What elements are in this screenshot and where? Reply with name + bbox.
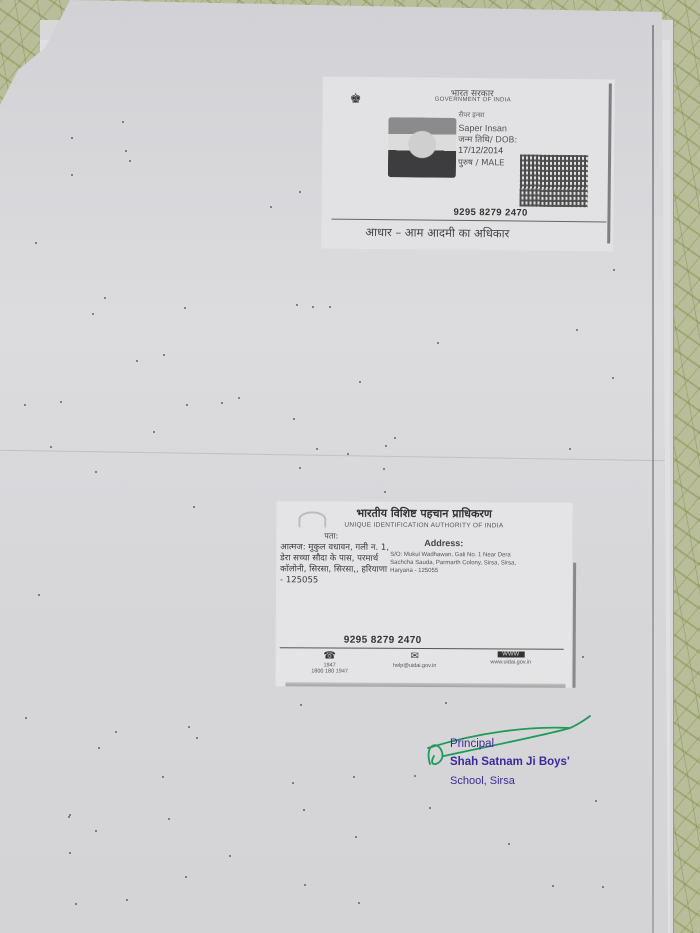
dob-label: जन्म तिथि/ DOB: — [458, 134, 517, 146]
gender-value: पुरुष / MALE — [458, 157, 504, 168]
phone-icon: ☎ — [302, 650, 358, 661]
envelope-icon: ✉ — [380, 651, 450, 662]
aadhaar-card-back: भारतीय विशिष्ट पहचान प्राधिकरण UNIQUE ID… — [276, 501, 573, 688]
aadhaar-number: 9295 8279 2470 — [453, 207, 527, 219]
address-hindi: आत्मज: मुकुल वधावन, गली न. 1, डेरा सच्चा… — [280, 542, 392, 587]
contact-website: WWW www.uidai.gov.in — [476, 651, 546, 665]
stamp-line-1: Principal — [450, 738, 494, 750]
page-fold-line — [0, 450, 668, 461]
aadhaar-card-front: ♚ भारत सरकार GOVERNMENT OF INDIA सैपर इन… — [321, 76, 615, 251]
authority-english: UNIQUE IDENTIFICATION AUTHORITY OF INDIA — [344, 522, 503, 530]
address-english: S/O: Mukul Wadhawan, Gali No. 1 Near Der… — [390, 551, 530, 576]
divider — [280, 647, 564, 649]
card-edge-shadow — [607, 83, 612, 243]
aadhaar-tagline: आधार – आम आदमी का अधिकार — [365, 225, 509, 242]
stamp-line-3: School, Sirsa — [450, 775, 515, 787]
contact-email: ✉ help@uidai.gov.in — [380, 651, 450, 669]
national-emblem-icon: ♚ — [349, 89, 363, 109]
aadhaar-number: 9295 8279 2470 — [344, 635, 422, 646]
divider — [331, 219, 606, 223]
holder-name-english: Saper Insan — [458, 123, 507, 134]
holder-name-hindi: सैपर इन्सा — [458, 111, 484, 120]
holder-photo — [388, 117, 457, 178]
principal-attestation-stamp: Principal Shah Satnam Ji Boys' School, S… — [420, 712, 600, 802]
card-edge-shadow — [573, 563, 577, 688]
authority-hindi: भारतीय विशिष्ट पहचान प्राधिकरण — [356, 506, 492, 522]
government-english: GOVERNMENT OF INDIA — [435, 97, 511, 104]
address-label-hindi: पता: — [324, 530, 338, 541]
contact-phone: ☎ 1947 1800 180 1947 — [302, 650, 358, 674]
www-icon: WWW — [497, 651, 524, 657]
stamp-line-2: Shah Satnam Ji Boys' — [450, 756, 570, 768]
copy-edge-shadow — [652, 25, 654, 933]
aadhaar-logo-icon — [298, 511, 326, 527]
qr-code-icon — [520, 155, 589, 208]
address-label-english: Address: — [424, 538, 463, 548]
dob-value: 17/12/2014 — [458, 145, 503, 155]
